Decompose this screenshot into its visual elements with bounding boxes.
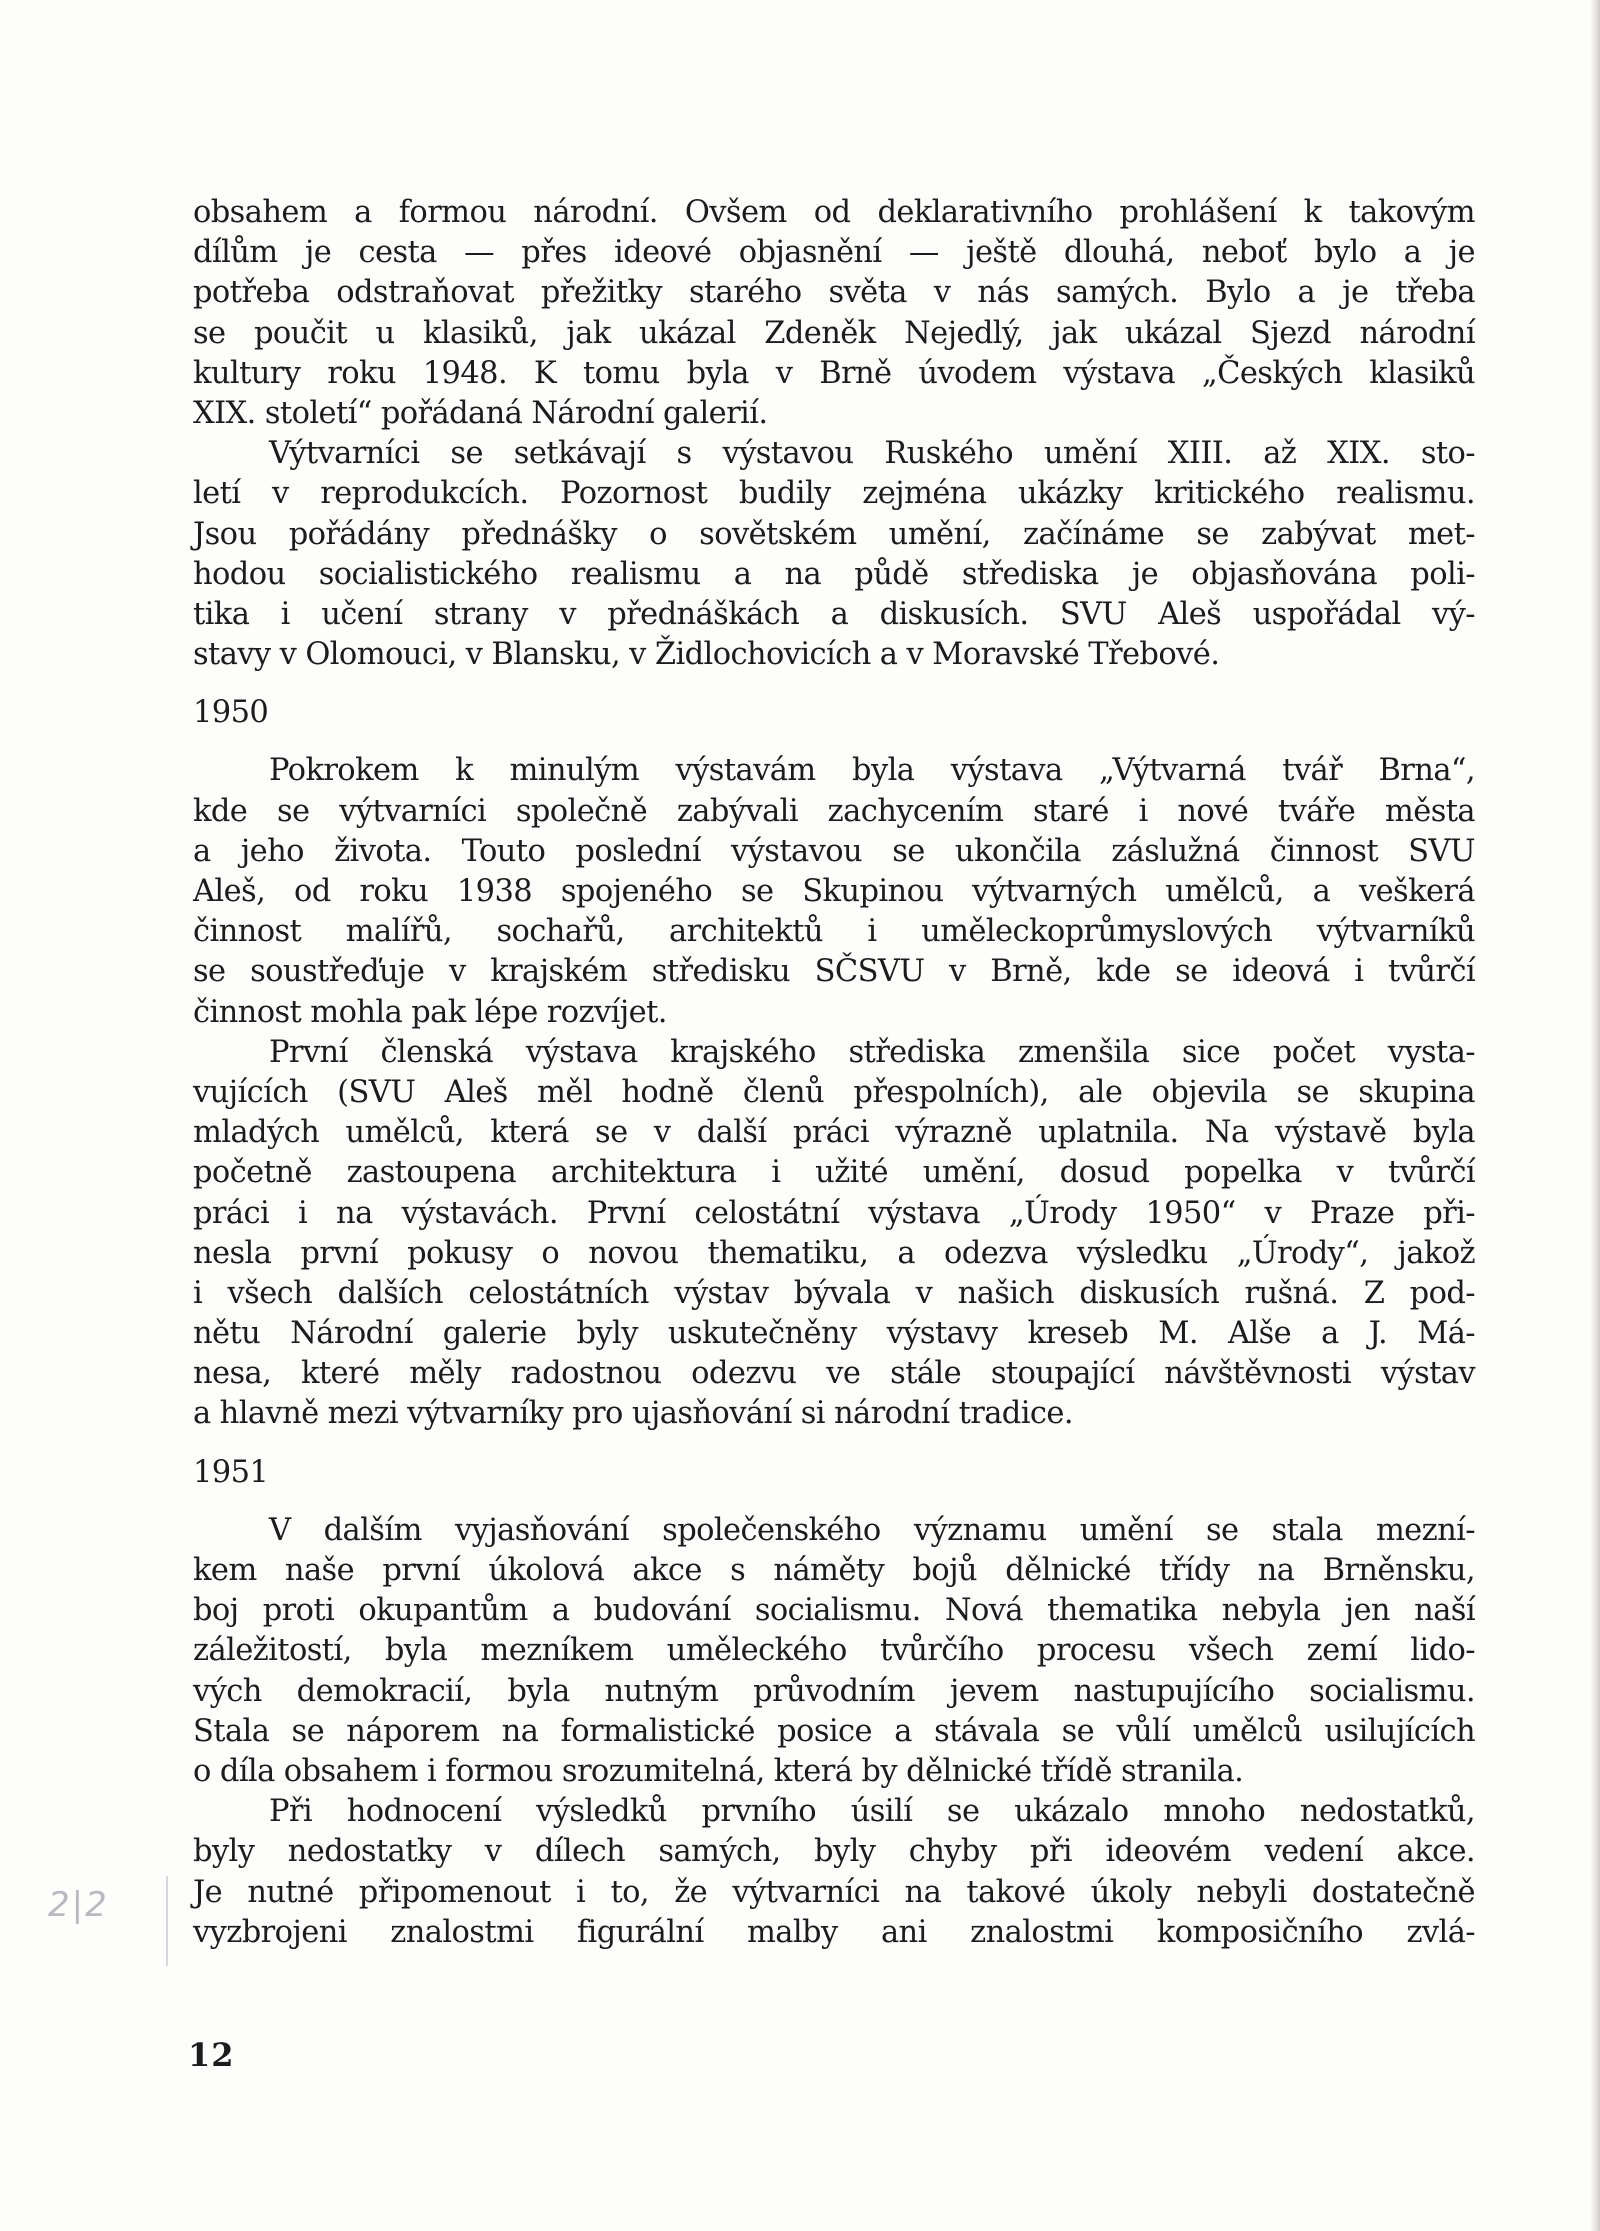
text-line: Jsou pořádány přednášky o sovětském uměn… <box>193 515 1475 555</box>
text-line: činnost malířů, sochařů, architektů i um… <box>193 912 1475 952</box>
text-line: Stala se náporem na formalistické posice… <box>193 1712 1475 1752</box>
text-line: nesla první pokusy o novou thematiku, a … <box>193 1234 1475 1274</box>
text-line: i všech dalších celostátních výstav býva… <box>193 1274 1475 1314</box>
text-line: Výtvarníci se setkávají s výstavou Ruské… <box>193 434 1475 474</box>
text-line: se poučit u klasiků, jak ukázal Zdeněk N… <box>193 314 1475 354</box>
text-line: XIX. století“ pořádaná Národní galerií. <box>193 394 1475 434</box>
text-line: kem naše první úkolová akce s náměty boj… <box>193 1551 1475 1591</box>
year-heading: 1951 <box>193 1453 1475 1493</box>
text-line: kde se výtvarníci společně zabývali zach… <box>193 792 1475 832</box>
text-line: nětu Národní galerie byly uskutečněny vý… <box>193 1314 1475 1354</box>
text-line: potřeba odstraňovat přežitky starého svě… <box>193 273 1475 313</box>
text-line: a hlavně mezi výtvarníky pro ujasňování … <box>193 1394 1475 1434</box>
text-line: byly nedostatky v dílech samých, byly ch… <box>193 1832 1475 1872</box>
body-text: obsahem a formou národní. Ovšem od dekla… <box>193 193 1475 1953</box>
text-line: obsahem a formou národní. Ovšem od dekla… <box>193 193 1475 233</box>
paragraph: První členská výstava krajského středisk… <box>193 1033 1475 1435</box>
text-line: vyzbrojeni znalostmi figurální malby ani… <box>193 1913 1475 1953</box>
text-line: početně zastoupena architektura i užité … <box>193 1153 1475 1193</box>
text-line: tika i učení strany v přednáškách a disk… <box>193 595 1475 635</box>
paragraph: V dalším vyjasňování společenského význa… <box>193 1511 1475 1792</box>
text-line: mladých umělců, která se v další práci v… <box>193 1113 1475 1153</box>
text-line: kultury roku 1948. K tomu byla v Brně úv… <box>193 354 1475 394</box>
text-line: práci i na výstavách. První celostátní v… <box>193 1194 1475 1234</box>
text-line: hodou socialistického realismu a na půdě… <box>193 555 1475 595</box>
text-line: dílům je cesta — přes ideové objasnění —… <box>193 233 1475 273</box>
text-line: vých demokracií, byla nutným průvodním j… <box>193 1672 1475 1712</box>
year-heading: 1950 <box>193 693 1475 733</box>
text-line: vujících (SVU Aleš měl hodně členů přesp… <box>193 1073 1475 1113</box>
text-line: První členská výstava krajského středisk… <box>193 1033 1475 1073</box>
text-line: činnost mohla pak lépe rozvíjet. <box>193 993 1475 1033</box>
paragraph: Výtvarníci se setkávají s výstavou Ruské… <box>193 434 1475 675</box>
text-line: Při hodnocení výsledků prvního úsilí se … <box>193 1792 1475 1832</box>
pencil-margin-note: 2|2 <box>48 1885 109 1925</box>
text-line: letí v reprodukcích. Pozornost budily ze… <box>193 474 1475 514</box>
page-edge <box>1590 0 1600 2231</box>
text-line: V dalším vyjasňování společenského význa… <box>193 1511 1475 1551</box>
pencil-margin-mark <box>166 1876 168 1966</box>
text-line: se soustřeďuje v krajském středisku SČSV… <box>193 952 1475 992</box>
paragraph: Pokrokem k minulým výstavám byla výstava… <box>193 751 1475 1032</box>
text-line: a jeho života. Touto poslední výstavou s… <box>193 832 1475 872</box>
text-line: o díla obsahem i formou srozumitelná, kt… <box>193 1752 1475 1792</box>
paragraph: obsahem a formou národní. Ovšem od dekla… <box>193 193 1475 434</box>
page-number: 12 <box>188 2036 235 2074</box>
text-line: záležitostí, byla mezníkem uměleckého tv… <box>193 1631 1475 1671</box>
text-line: Aleš, od roku 1938 spojeného se Skupinou… <box>193 872 1475 912</box>
text-line: Pokrokem k minulým výstavám byla výstava… <box>193 751 1475 791</box>
text-line: nesa, které měly radostnou odezvu ve stá… <box>193 1354 1475 1394</box>
text-line: Je nutné připomenout i to, že výtvarníci… <box>193 1873 1475 1913</box>
text-line: boj proti okupantům a budování socialism… <box>193 1591 1475 1631</box>
text-line: stavy v Olomouci, v Blansku, v Židlochov… <box>193 635 1475 675</box>
paragraph: Při hodnocení výsledků prvního úsilí se … <box>193 1792 1475 1953</box>
